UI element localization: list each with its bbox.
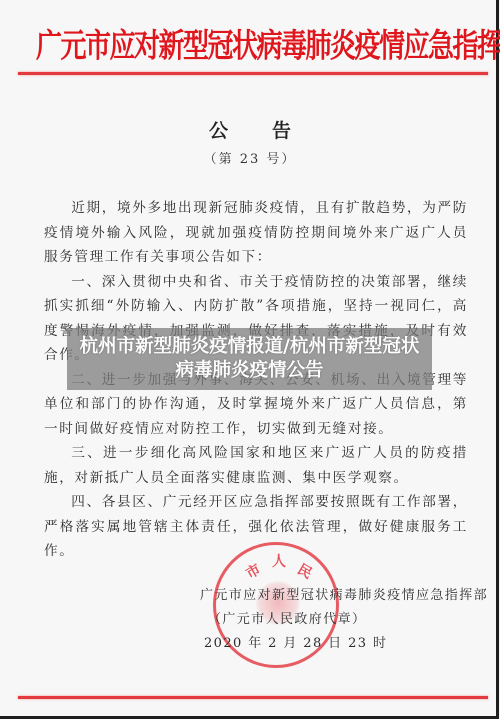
document-heading: 公告	[0, 116, 500, 143]
seal-char: 市	[242, 559, 264, 583]
signature-seal-note: （广元市人民政府代章）	[208, 608, 488, 632]
issuer-header: 广元市应对新型冠状病毒肺炎疫情应急指挥部	[36, 20, 470, 66]
caption-overlay: 杭州市新型肺炎疫情报道/杭州市新型冠状病毒肺炎疫情公告	[67, 328, 432, 390]
signature-date: 2020 年 2 月 28 日 23 时	[204, 632, 488, 656]
seal-char: 人	[272, 551, 286, 571]
signature-block: 广元市应对新型冠状病毒肺炎疫情应急指挥部 （广元市人民政府代章） 2020 年 …	[200, 584, 488, 656]
caption-text: 杭州市新型肺炎疫情报道/杭州市新型冠状病毒肺炎疫情公告	[67, 335, 432, 383]
seal-char: 民	[294, 559, 316, 583]
paragraph-intro: 近期，境外多地出现新冠肺炎疫情，且有扩散趋势，为严防疫情境外输入风险，现就加强疫…	[44, 196, 468, 270]
paragraph-item-3: 三、进一步细化高风险国家和地区来广返广人员的防疫措施，对新抵广人员全面落实健康监…	[44, 441, 468, 490]
signature-organization: 广元市应对新型冠状病毒肺炎疫情应急指挥部	[200, 584, 488, 608]
header-red-rule	[18, 72, 488, 75]
document-number: （第 23 号）	[0, 148, 500, 167]
document-page: 广元市应对新型冠状病毒肺炎疫情应急指挥部 公告 （第 23 号） 近期，境外多地…	[0, 0, 499, 719]
footer-red-rule	[18, 696, 488, 699]
